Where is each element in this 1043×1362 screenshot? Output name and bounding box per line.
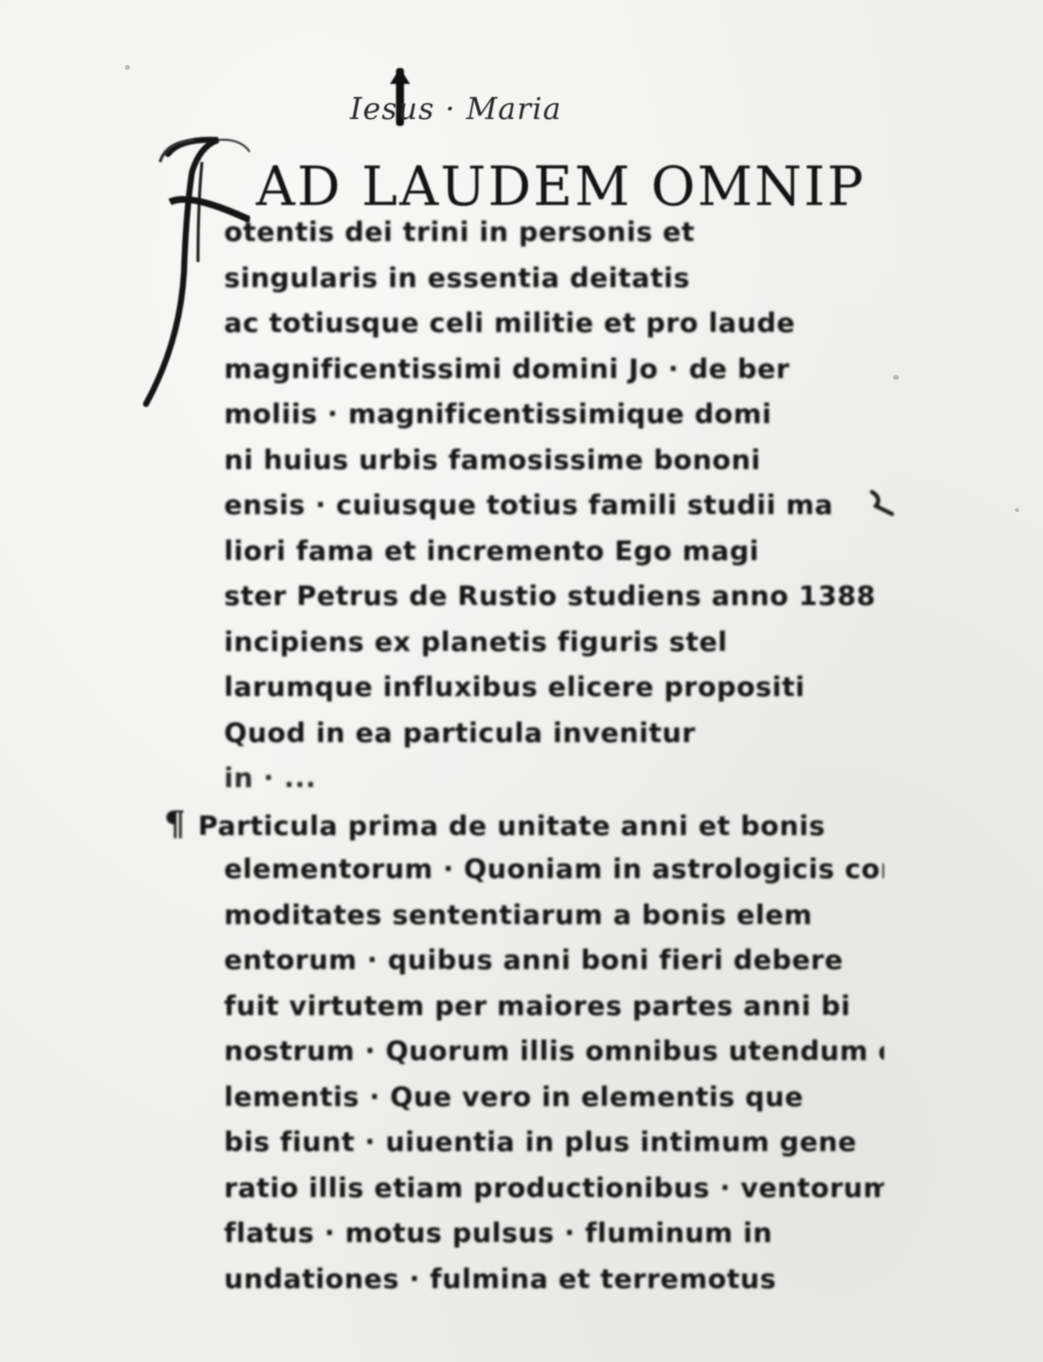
text-line: ratio illis etiam productionibus · vento… [224,1166,884,1212]
text-body: otentis dei trini in personis et singula… [224,210,884,1302]
text-line: in · ... [224,756,884,802]
manuscript-page: Iesus · Maria AD LAUDEM OMNIP otentis de… [0,0,1043,1362]
page-header: Iesus · Maria [350,92,562,127]
text-line: moditates sententiarum a bonis elem [224,893,884,939]
text-line: nostrum · Quorum illis omnibus utendum e… [224,1029,884,1075]
pilcrow-icon: ¶ [164,804,186,844]
text-line: lementis · Que vero in elementis que [224,1075,884,1121]
paper-speck [125,65,130,70]
text-line: Particula prima de unitate anni et bonis [198,811,825,842]
paper-speck [1015,508,1019,512]
text-line: otentis dei trini in personis et [224,210,884,256]
text-line: undationes · fulmina et terremotus [224,1257,884,1303]
text-line: ac totiusque celi militie et pro laude [224,301,884,347]
title-line: AD LAUDEM OMNIP [256,155,865,218]
margin-mark-icon [868,488,894,518]
text-line: bis fiunt · uiuentia in plus intimum gen… [224,1120,884,1166]
text-line: incipiens ex planetis figuris stel [224,620,884,666]
text-line: flatus · motus pulsus · fluminum in [224,1211,884,1257]
text-line: entorum · quibus anni boni fieri debere [224,938,884,984]
text-line: elementorum · Quoniam in astrologicis co… [224,847,884,893]
text-line: ster Petrus de Rustio studiens anno 1388 [224,574,884,620]
text-line: singularis in essentia deitatis [224,256,884,302]
paper-speck [893,375,899,380]
section-start-line: ¶ Particula prima de unitate anni et bon… [164,802,884,848]
text-line: fuit virtutem per maiores partes anni bi [224,984,884,1030]
text-line: larumque influxibus elicere propositi [224,665,884,711]
text-line: ensis · cuiusque totius famili studii ma [224,483,884,529]
text-line: liori fama et incremento Ego magi [224,529,884,575]
text-line: Quod in ea particula invenitur [224,711,884,757]
text-line: moliis · magnificentissimique domi [224,392,884,438]
text-line: magnificentissimi domini Jo · de ber [224,347,884,393]
text-line: ni huius urbis famosissime bononi [224,438,884,484]
